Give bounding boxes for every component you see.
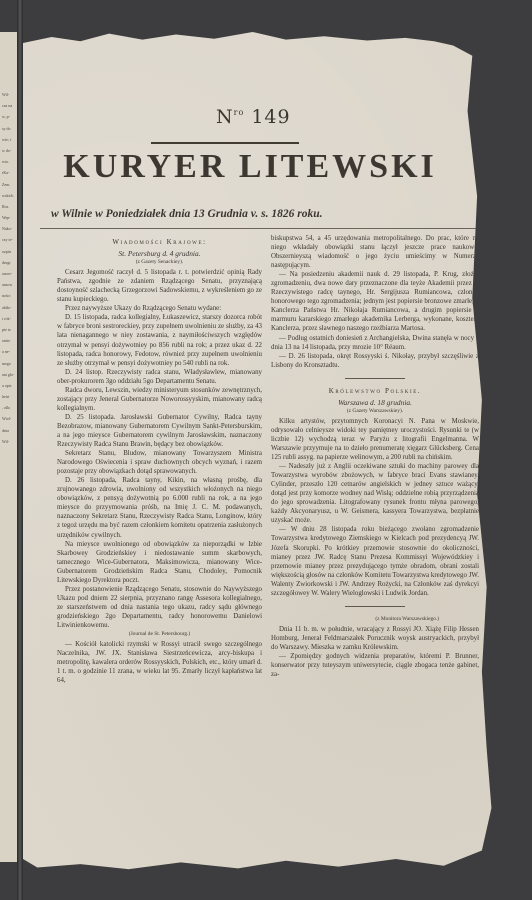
- article-paragraph: Przez postanowienie Rządzącego Senatu, s…: [57, 585, 262, 630]
- source-note: (z Gazety Warszawskiey).: [271, 407, 479, 416]
- section-rule: [345, 606, 405, 607]
- book-binding: [17, 0, 23, 900]
- header-rule: [40, 228, 490, 229]
- article-paragraph: Radca dworu, Lewszin, wiedzy ministeryum…: [57, 386, 262, 413]
- article-paragraph: biskupstwa 54, a 45 urzędowania metropol…: [271, 234, 479, 270]
- article-paragraph: — Nadeszły już z Anglii oczekiwane sztuk…: [271, 462, 479, 525]
- article-paragraph: D. 15 listopada, radca kollegialny, Łuka…: [57, 313, 262, 367]
- article-paragraph: — Na posiedzeniu akademii nauk d. 29 lis…: [271, 270, 479, 333]
- article-paragraph: — Zpomiędzy godnych widzenia preparatów,…: [271, 652, 479, 679]
- issue-number: Nro 149: [216, 106, 291, 128]
- place-dateline: St. Petersburg d. 4 grudnia.: [57, 249, 262, 258]
- issue-rule: [151, 142, 299, 144]
- newspaper-page: Nro 149 KURYER LITEWSKI w Wilnie w Ponie…: [23, 26, 501, 876]
- place-dateline: Warszawa d. 18 grudnia.: [271, 398, 479, 407]
- issue-sup: ro: [234, 108, 245, 117]
- issue-number-value: 149: [251, 106, 290, 128]
- dateline: w Wilnie w Poniedziałek dnia 13 Grudnia …: [51, 208, 431, 220]
- article-paragraph: Kilku artystów, przytomnych Koronacyi N.…: [271, 417, 479, 462]
- article-paragraph: D. 24 listop. Rzeczywisty radca stanu, W…: [57, 368, 262, 386]
- article-paragraph: D. 25 listopada. Jarosławski Gubernator …: [57, 413, 262, 449]
- previous-page-text: Wil- cza na w, p- sy do wie; i w do- wia…: [0, 32, 17, 444]
- source-note: (z Gazety Senackiey).: [57, 258, 262, 267]
- previous-page-edge: Wil- cza na w, p- sy do wie; i w do- wia…: [0, 32, 17, 862]
- article-paragraph: Na mieysce uwolnionego od obowiązków za …: [57, 540, 262, 585]
- article-paragraph: Sekretarz Stanu, Bludow, mianowany Towar…: [57, 449, 262, 476]
- section-heading-poland: Królewstwo Polskie.: [271, 387, 479, 396]
- right-column: biskupstwa 54, a 45 urzędowania metropol…: [271, 234, 479, 679]
- article-paragraph: Przez naywyższe Ukazy do Rządzącego Sena…: [57, 304, 262, 313]
- article-paragraph: D. 26 listopada, Radca tayny, Kikin, na …: [57, 476, 262, 539]
- section-rule: [345, 378, 405, 379]
- article-paragraph: — W dniu 28 listopada roku bieżącego zwo…: [271, 525, 479, 597]
- article-paragraph: — Podług ostatnich doniesień z Archangie…: [271, 334, 479, 352]
- section-heading-domestic: Wiadomości Krajowe:: [57, 238, 262, 247]
- article-paragraph: Dnia 11 b. m. w południe, wracający z Ro…: [271, 625, 479, 652]
- source-note: (Journal de St. Petersbourg.): [57, 630, 262, 639]
- source-note: (z Monitora Warszawskiego.): [271, 615, 479, 624]
- issue-prefix: N: [216, 106, 234, 128]
- article-paragraph: — D. 26 listopada, okręt Rossyyski ś. Ni…: [271, 352, 479, 370]
- left-column: Wiadomości Krajowe: St. Petersburg d. 4 …: [57, 234, 262, 685]
- newspaper-title: KURYER LITEWSKI: [35, 148, 465, 186]
- article-paragraph: Cesarz Jegomość raczył d. 5 listopada r.…: [57, 268, 262, 304]
- article-paragraph: — Kościół katolicki rzymski w Rossyi utr…: [57, 640, 262, 685]
